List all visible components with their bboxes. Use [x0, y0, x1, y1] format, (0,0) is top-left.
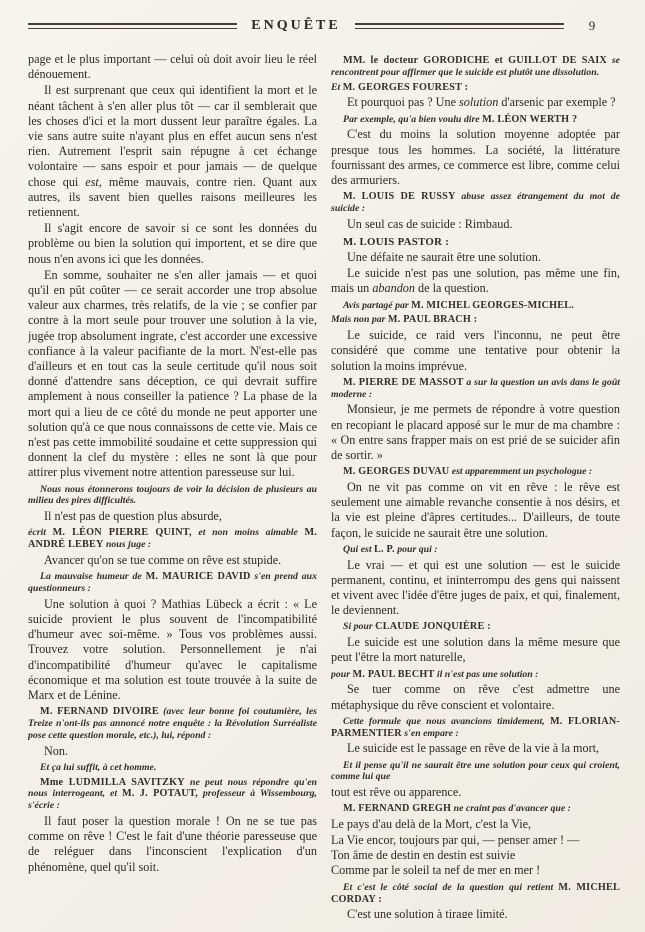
editorial-note: Et M. GEORGES FOUREST : — [331, 82, 620, 94]
editorial-note: Mme LUDMILLA SAVITZKY ne peut nous répon… — [28, 777, 317, 812]
text-columns: page et le plus important — celui où doi… — [28, 52, 620, 918]
editorial-note: Et il pense qu'il ne saurait être une so… — [331, 760, 620, 784]
paragraph: Il est surprenant que ceux qui identifie… — [28, 83, 317, 220]
editorial-note: pour M. PAUL BECHT il n'est pas une solu… — [331, 669, 620, 681]
paragraph: C'est du moins la solution moyenne adopt… — [331, 127, 620, 188]
editorial-note: Par exemple, qu'a bien voulu dire M. LÉO… — [331, 114, 620, 126]
column-left: page et le plus important — celui où doi… — [28, 52, 317, 918]
editorial-note: M. GEORGES DUVAU est apparemment un psyc… — [331, 466, 620, 478]
editorial-note: M. PIERRE DE MASSOT a sur la question un… — [331, 377, 620, 401]
editorial-note: MM. le docteur GORODICHE et GUILLOT DE S… — [331, 55, 620, 79]
editorial-note: Avis partagé par M. MICHEL GEORGES-MICHE… — [331, 300, 620, 312]
paragraph: Le vrai — et qui est une solution — est … — [331, 558, 620, 619]
poem-stanza: Le pays d'au delà de la Mort, c'est la V… — [331, 817, 620, 879]
editorial-note: écrit M. LÉON PIERRE QUINT, et non moins… — [28, 527, 317, 551]
paragraph: Il n'est pas de question plus absurde, — [28, 509, 317, 524]
header-rule-left — [28, 23, 237, 29]
paragraph: Il faut poser la question morale ! On ne… — [28, 814, 317, 875]
paragraph: Avancer qu'on se tue comme on rêve est s… — [28, 553, 317, 568]
editorial-note: Cette formule que nous avancions timidem… — [331, 716, 620, 740]
paragraph: Un seul cas de suicide : Rimbaud. — [331, 217, 620, 232]
document-page: ENQUÊTE 9 page et le plus important — ce… — [0, 0, 645, 932]
paragraph: C'est une solution à tirage limité. — [331, 907, 620, 918]
page-title: ENQUÊTE — [237, 18, 354, 34]
paragraph: tout est rêve ou apparence. — [331, 785, 620, 800]
paragraph: Le suicide n'est pas une solution, pas m… — [331, 266, 620, 296]
paragraph: Une solution à quoi ? Mathias Lübeck a é… — [28, 597, 317, 703]
paragraph: Le suicide est une solution dans la même… — [331, 635, 620, 665]
paragraph: Il s'agit encore de savoir si ce sont le… — [28, 221, 317, 267]
page-number: 9 — [564, 18, 620, 34]
paragraph: Une défaite ne saurait être une solution… — [331, 250, 620, 265]
paragraph: Et pourquoi pas ? Une solution d'arsenic… — [331, 95, 620, 110]
editorial-note: Nous nous étonnerons toujours de voir la… — [28, 484, 317, 508]
header-rule-right — [355, 23, 564, 29]
paragraph: Le suicide, ce raid vers l'inconnu, ne p… — [331, 328, 620, 374]
paragraph: page et le plus important — celui où doi… — [28, 52, 317, 82]
paragraph: En somme, souhaiter ne s'en aller jamais… — [28, 268, 317, 481]
editorial-note: M. LOUIS DE RUSSY abuse assez étrangemen… — [331, 191, 620, 215]
editorial-note: M. FERNAND GREGH ne craint pas d'avancer… — [331, 803, 620, 815]
paragraph: Non. — [28, 744, 317, 759]
editorial-note: M. FERNAND DIVOIRE (avec leur bonne foi … — [28, 706, 317, 741]
paragraph: On ne vit pas comme on vit en rêve : le … — [331, 480, 620, 541]
editorial-note: Qui est L. P. pour qui : — [331, 544, 620, 556]
speaker-heading: M. LOUIS PASTOR : — [331, 236, 620, 248]
paragraph: Monsieur, je me permets de répondre à vo… — [331, 402, 620, 463]
column-right: MM. le docteur GORODICHE et GUILLOT DE S… — [331, 52, 620, 918]
editorial-note: La mauvaise humeur de M. MAURICE DAVID s… — [28, 571, 317, 595]
editorial-note: Mais non par M. PAUL BRACH : — [331, 314, 620, 326]
editorial-note: Et c'est le côté social de la question q… — [331, 882, 620, 906]
editorial-note: Si pour CLAUDE JONQUIÈRE : — [331, 621, 620, 633]
page-header: ENQUÊTE 9 — [28, 14, 620, 38]
editorial-note: Et ça lui suffit, à cet homme. — [28, 762, 317, 774]
paragraph: Le suicide est le passage en rêve de la … — [331, 741, 620, 756]
paragraph: Se tuer comme on rêve c'est admettre une… — [331, 682, 620, 712]
